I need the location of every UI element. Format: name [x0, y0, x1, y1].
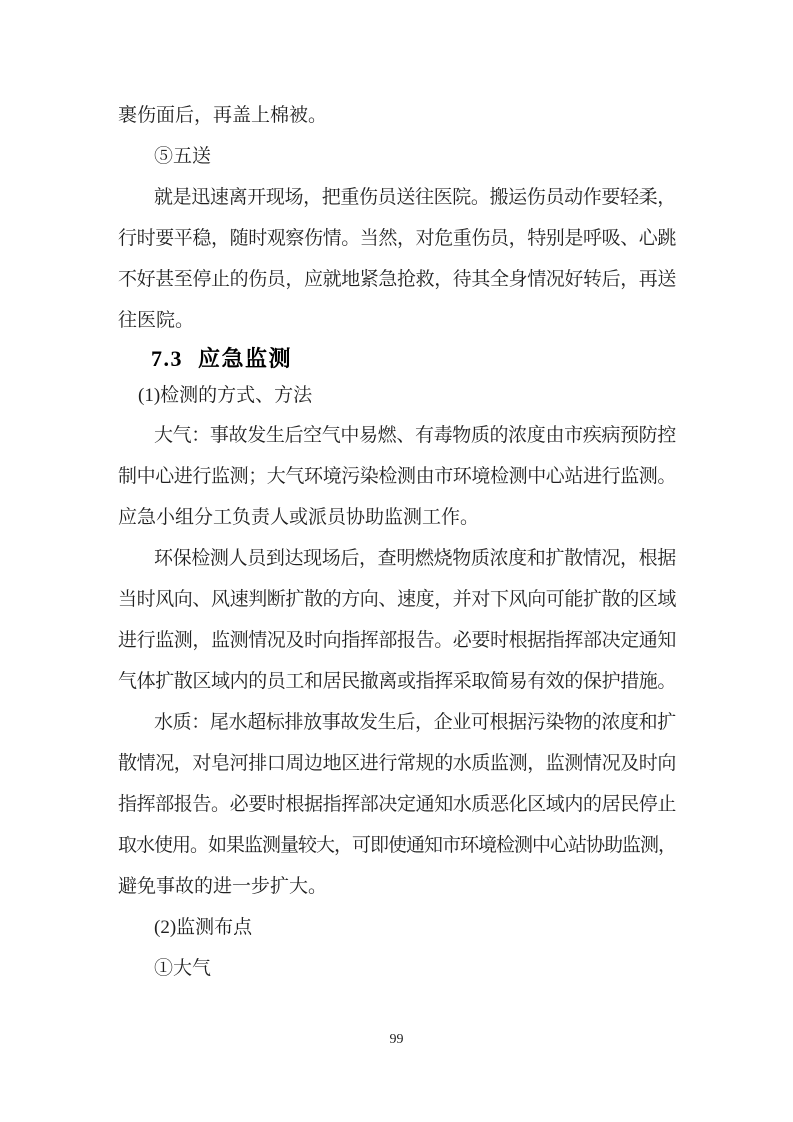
subitem-2-line: (2)监测布点 [118, 907, 676, 948]
text-line: 应急小组分工负责人或派员协助监测工作。 [118, 497, 676, 538]
subitem-1-line: (1)检测的方式、方法 [118, 377, 676, 415]
text-line: 环保检测人员到达现场后，查明燃烧物质浓度和扩散情况，根据 [118, 538, 676, 579]
section-heading: 7.3 应急监测 [118, 341, 676, 377]
text-line: 裹伤面后，再盖上棉被。 [118, 95, 676, 136]
text-line: 制中心进行监测；大气环境污染检测由市环境检测中心站进行监测。 [118, 456, 676, 497]
text-line: 就是迅速离开现场，把重伤员送往医院。搬运伤员动作要轻柔， [118, 177, 676, 218]
page-number: 99 [0, 1030, 793, 1050]
text-line: 往医院。 [118, 300, 676, 341]
circled-item-1-line: ①大气 [118, 948, 676, 989]
circled-item-5-line: ⑤五送 [118, 136, 676, 177]
text-line: 气体扩散区域内的员工和居民撤离或指挥采取简易有效的保护措施。 [118, 661, 676, 702]
document-body: 裹伤面后，再盖上棉被。 ⑤五送 就是迅速离开现场，把重伤员送往医院。搬运伤员动作… [118, 95, 676, 989]
document-page: 裹伤面后，再盖上棉被。 ⑤五送 就是迅速离开现场，把重伤员送往医院。搬运伤员动作… [0, 0, 793, 1122]
text-line: 进行监测，监测情况及时向指挥部报告。必要时根据指挥部决定通知 [118, 620, 676, 661]
text-line: 散情况，对皂河排口周边地区进行常规的水质监测，监测情况及时向 [118, 743, 676, 784]
text-line: 指挥部报告。必要时根据指挥部决定通知水质恶化区域内的居民停止 [118, 784, 676, 825]
text-line: 行时要平稳，随时观察伤情。当然，对危重伤员，特别是呼吸、心跳 [118, 218, 676, 259]
text-line: 水质：尾水超标排放事故发生后，企业可根据污染物的浓度和扩 [118, 702, 676, 743]
text-line: 取水使用。如果监测量较大，可即使通知市环境检测中心站协助监测， [118, 825, 676, 866]
text-line: 不好甚至停止的伤员，应就地紧急抢救，待其全身情况好转后，再送 [118, 259, 676, 300]
text-line: 大气：事故发生后空气中易燃、有毒物质的浓度由市疾病预防控 [118, 415, 676, 456]
text-line: 避免事故的进一步扩大。 [118, 866, 676, 907]
text-line: 当时风向、风速判断扩散的方向、速度，并对下风向可能扩散的区域 [118, 579, 676, 620]
